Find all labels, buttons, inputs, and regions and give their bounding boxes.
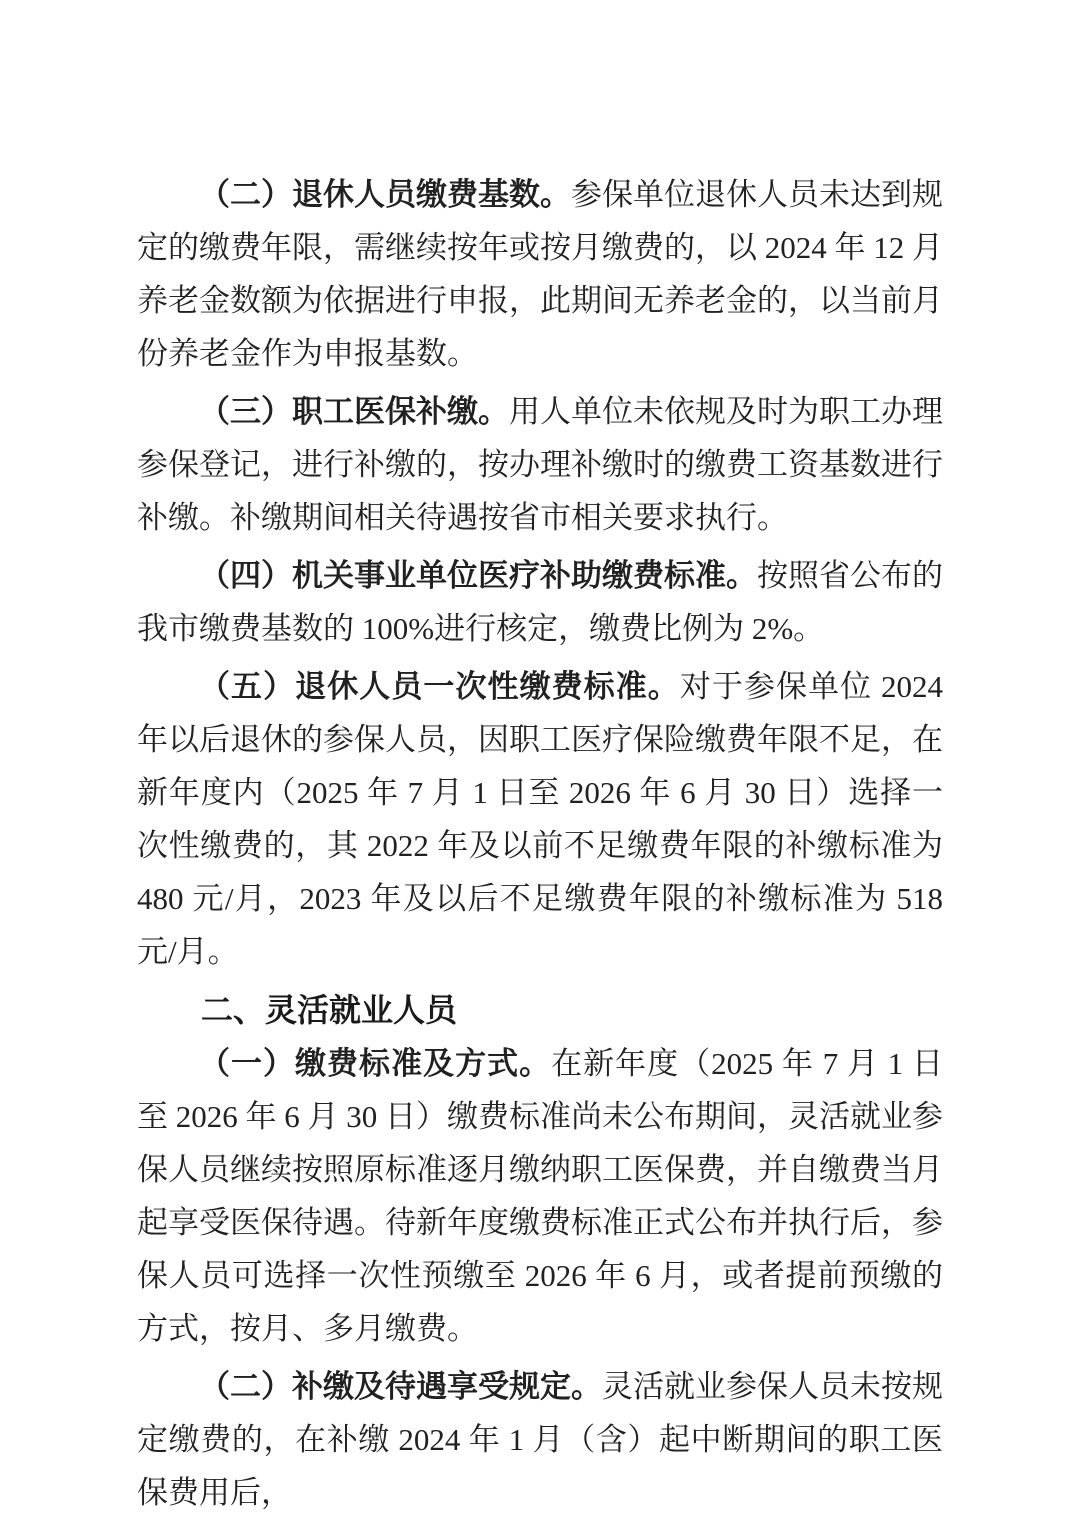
paragraph-lead: （三）职工医保补缴。 <box>199 394 509 429</box>
document-body: （二）退休人员缴费基数。参保单位退休人员未达到规定的缴费年限，需继续按年或按月缴… <box>137 168 943 1519</box>
section-heading-flexible-employment: 二、灵活就业人员 <box>137 984 943 1037</box>
paragraph-item-2-makeup-payment: （二）补缴及待遇享受规定。灵活就业参保人员未按规定缴费的，在补缴 2024 年 … <box>137 1360 943 1519</box>
paragraph-lead: （二）补缴及待遇享受规定。 <box>199 1369 602 1404</box>
paragraph-lead: （四）机关事业单位医疗补助缴费标准。 <box>199 558 757 593</box>
paragraph-body: 对于参保单位 2024 年以后退休的参保人员，因职工医疗保险缴费年限不足，在新年… <box>137 669 943 969</box>
paragraph-lead: （五）退休人员一次性缴费标准。 <box>199 669 680 704</box>
paragraph-item-3-supplementary-payment: （三）职工医保补缴。用人单位未依规及时为职工办理参保登记，进行补缴的，按办理补缴… <box>137 385 943 544</box>
paragraph-item-5-onetime-payment: （五）退休人员一次性缴费标准。对于参保单位 2024 年以后退休的参保人员，因职… <box>137 660 943 978</box>
paragraph-item-4-subsidy-standard: （四）机关事业单位医疗补助缴费标准。按照省公布的我市缴费基数的 100%进行核定… <box>137 549 943 655</box>
paragraph-body: 在新年度（2025 年 7 月 1 日至 2026 年 6 月 30 日）缴费标… <box>137 1046 943 1346</box>
paragraph-lead: （二）退休人员缴费基数。 <box>199 177 571 212</box>
paragraph-item-2-pension-base: （二）退休人员缴费基数。参保单位退休人员未达到规定的缴费年限，需继续按年或按月缴… <box>137 168 943 380</box>
document-page: （二）退休人员缴费基数。参保单位退休人员未达到规定的缴费年限，需继续按年或按月缴… <box>0 0 1080 1527</box>
paragraph-lead: （一）缴费标准及方式。 <box>199 1046 551 1081</box>
paragraph-item-1-payment-standard: （一）缴费标准及方式。在新年度（2025 年 7 月 1 日至 2026 年 6… <box>137 1037 943 1355</box>
